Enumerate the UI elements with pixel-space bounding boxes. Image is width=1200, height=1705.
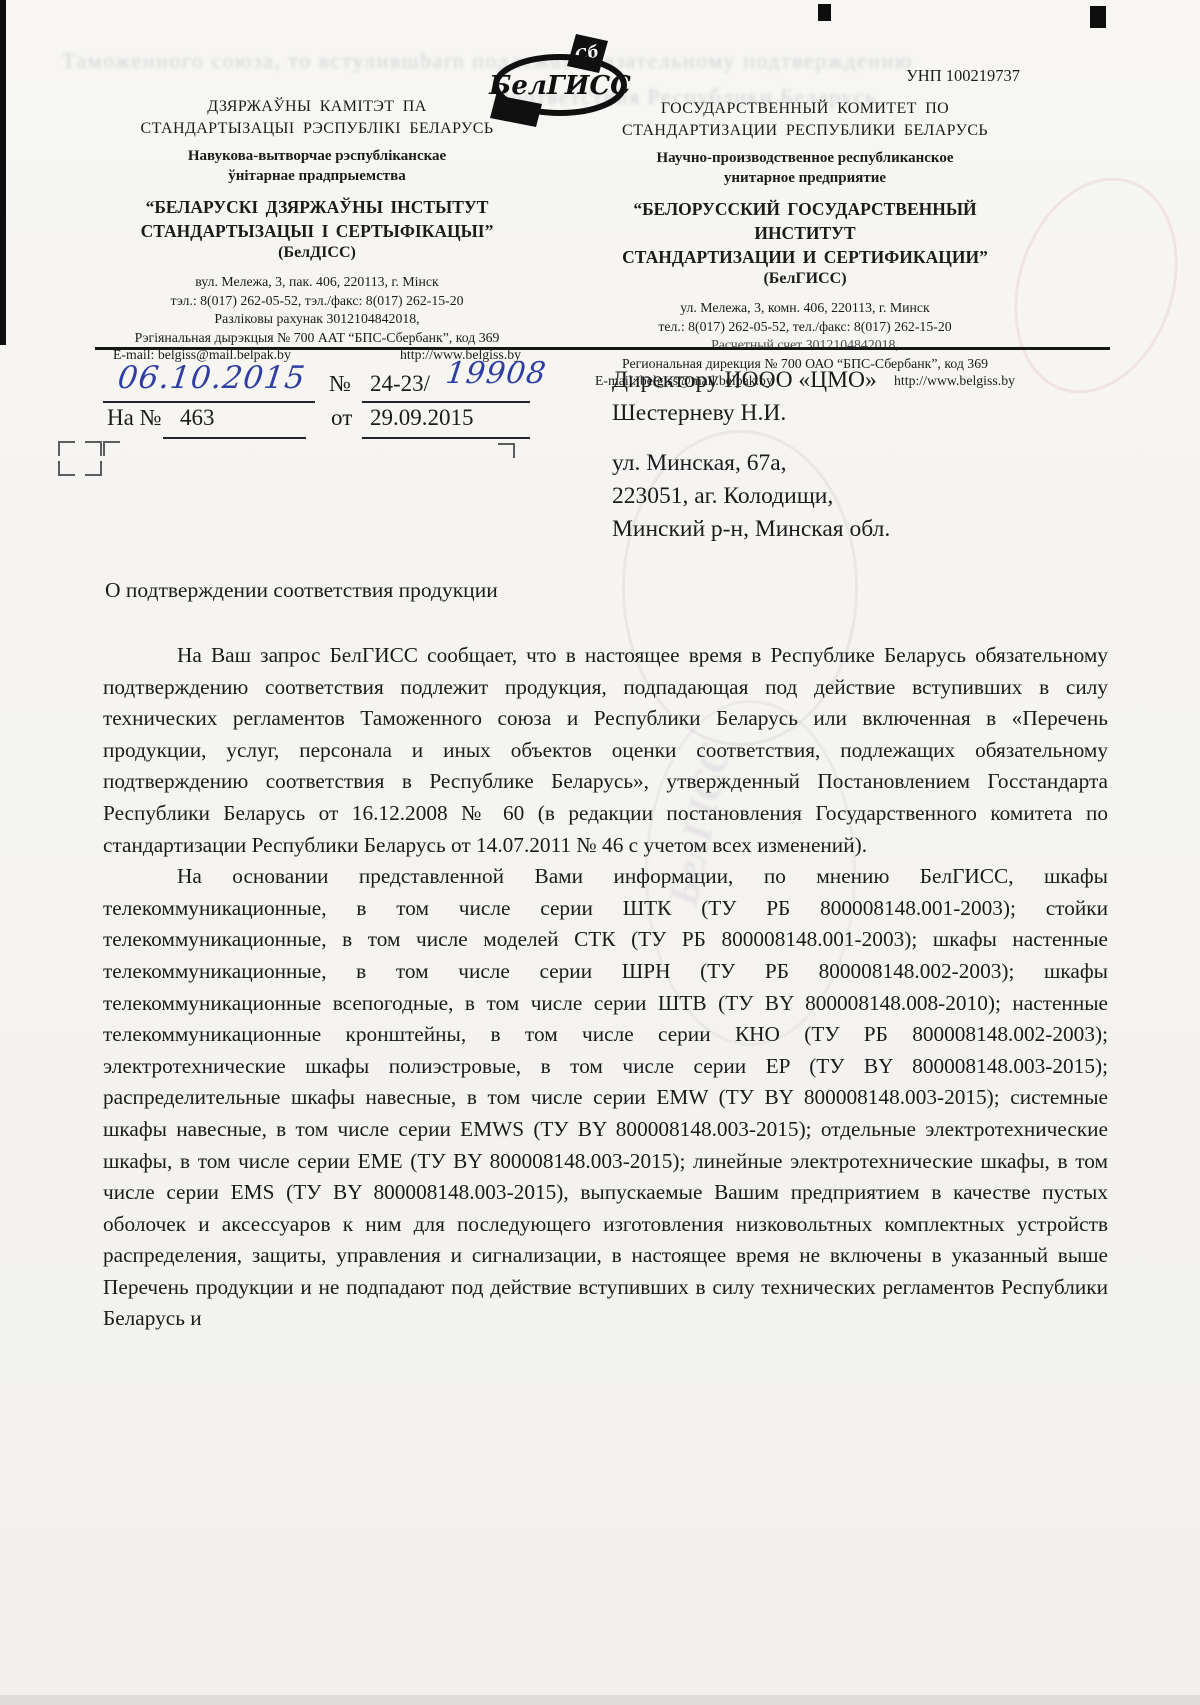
org-type-line: унитарное предприятие bbox=[585, 168, 1025, 188]
spacer bbox=[612, 430, 890, 447]
institute-name-line: СТАНДАРТИЗАЦИИ И СЕРТИФИКАЦИИ” bbox=[585, 245, 1025, 269]
addressee-city: 223051, аг. Колодищи, bbox=[612, 480, 890, 513]
institute-short-name: (БелГИСС) bbox=[585, 270, 1025, 288]
address-zone-corner-mark bbox=[85, 461, 102, 476]
letter-body: На Ваш запрос БелГИСС сообщает, что в на… bbox=[103, 640, 1108, 1335]
blank-line bbox=[103, 401, 315, 403]
addressee-region: Минский р-н, Минская обл. bbox=[612, 513, 890, 546]
institute-name-line: СТАНДАРТЫЗАЦЫІ І СЕРТЫФІКАЦЫІ” bbox=[103, 219, 531, 243]
header-left-column: ДЗЯРЖАЎНЫ КАМІТЭТ ПА СТАНДАРТЫЗАЦЫІ РЭСП… bbox=[103, 96, 531, 363]
outgoing-number-handwritten: 19908 bbox=[444, 356, 549, 391]
committee-name-line: СТАНДАРТИЗАЦИИ РЕСПУБЛИКИ БЕЛАРУСЬ bbox=[585, 120, 1025, 142]
institute-short-name: (БелДІСС) bbox=[103, 244, 531, 262]
address-line: Расчетный счет 3012104842018, bbox=[585, 336, 1025, 355]
reply-to-label: На № bbox=[107, 405, 162, 431]
blank-line bbox=[362, 401, 530, 403]
subject-line: О подтверждении соответствия продукции bbox=[105, 578, 498, 603]
addressee-block: Директору ИООО «ЦМО» Шестерневу Н.И. ул.… bbox=[612, 364, 890, 546]
header-right-column: ГОСУДАРСТВЕННЫЙ КОМИТЕТ ПО СТАНДАРТИЗАЦИ… bbox=[585, 98, 1025, 389]
address-zone-corner-mark bbox=[103, 441, 120, 456]
address-line: тэл.: 8(017) 262-05-52, тэл./факс: 8(017… bbox=[103, 292, 531, 311]
institute-name-line: “БЕЛОРУССКИЙ ГОСУДАРСТВЕННЫЙ ИНСТИТУТ bbox=[585, 197, 1025, 245]
letter-page: Таможенного союза, то встулившbarn подле… bbox=[0, 0, 1200, 1705]
institute-name-line: “БЕЛАРУСКІ ДЗЯРЖАЎНЫ ІНСТЫТУТ bbox=[103, 195, 531, 219]
address-zone-corner-mark bbox=[498, 443, 515, 458]
scan-artifact-bottom-edge bbox=[0, 1695, 1200, 1705]
body-paragraph: На Ваш запрос БелГИСС сообщает, что в на… bbox=[103, 640, 1108, 861]
blank-line bbox=[163, 437, 306, 439]
org-type-line: ўнітарнае прадпрыемства bbox=[103, 166, 531, 186]
address-line: Разліковы рахунак 3012104842018, bbox=[103, 310, 531, 329]
outgoing-date-handwritten: 06.10.2015 bbox=[116, 360, 308, 396]
address-zone-corner-mark bbox=[85, 441, 102, 456]
scan-artifact-top-mark bbox=[818, 4, 831, 21]
unp-number: УНП 100219737 bbox=[820, 66, 1020, 86]
addressee-title: Директору ИООО «ЦМО» bbox=[612, 364, 890, 397]
address-zone-corner-mark bbox=[58, 461, 75, 476]
addressee-name: Шестерневу Н.И. bbox=[612, 397, 890, 430]
addressee-street: ул. Минская, 67а, bbox=[612, 447, 890, 480]
from-date-label: от bbox=[331, 405, 352, 431]
address-line: тел.: 8(017) 262-05-52, тел./факс: 8(017… bbox=[585, 318, 1025, 337]
letterhead-divider-rule bbox=[95, 347, 1110, 350]
number-sign-label: № bbox=[329, 371, 351, 397]
website-address: http://www.belgiss.by bbox=[894, 373, 1015, 389]
scan-artifact-top-right-mark bbox=[1090, 6, 1106, 28]
address-line: Рэгіянальная дырэкцыя № 700 ААТ “БПС-Сбе… bbox=[103, 329, 531, 348]
outgoing-number-prefix: 24-23/ bbox=[370, 371, 430, 397]
committee-name-line: ГОСУДАРСТВЕННЫЙ КОМИТЕТ ПО bbox=[585, 98, 1025, 120]
org-type-line: Навукова-вытворчае рэспубліканскае bbox=[103, 146, 531, 166]
org-type-line: Научно-производственное республиканское bbox=[585, 148, 1025, 168]
address-line: ул. Мележа, 3, комн. 406, 220113, г. Мин… bbox=[585, 299, 1025, 318]
committee-name-line: СТАНДАРТЫЗАЦЫІ РЭСПУБЛІКІ БЕЛАРУСЬ bbox=[103, 118, 531, 140]
blank-line bbox=[362, 437, 530, 439]
committee-name-line: ДЗЯРЖАЎНЫ КАМІТЭТ ПА bbox=[103, 96, 531, 118]
address-zone-corner-mark bbox=[58, 441, 75, 456]
address-line: вул. Мележа, 3, пак. 406, 220113, г. Мін… bbox=[103, 273, 531, 292]
reply-to-number: 463 bbox=[180, 405, 215, 431]
scan-artifact-left-edge bbox=[0, 0, 6, 345]
reply-to-date: 29.09.2015 bbox=[370, 405, 474, 431]
body-paragraph: На основании представленной Вами информа… bbox=[103, 861, 1108, 1335]
